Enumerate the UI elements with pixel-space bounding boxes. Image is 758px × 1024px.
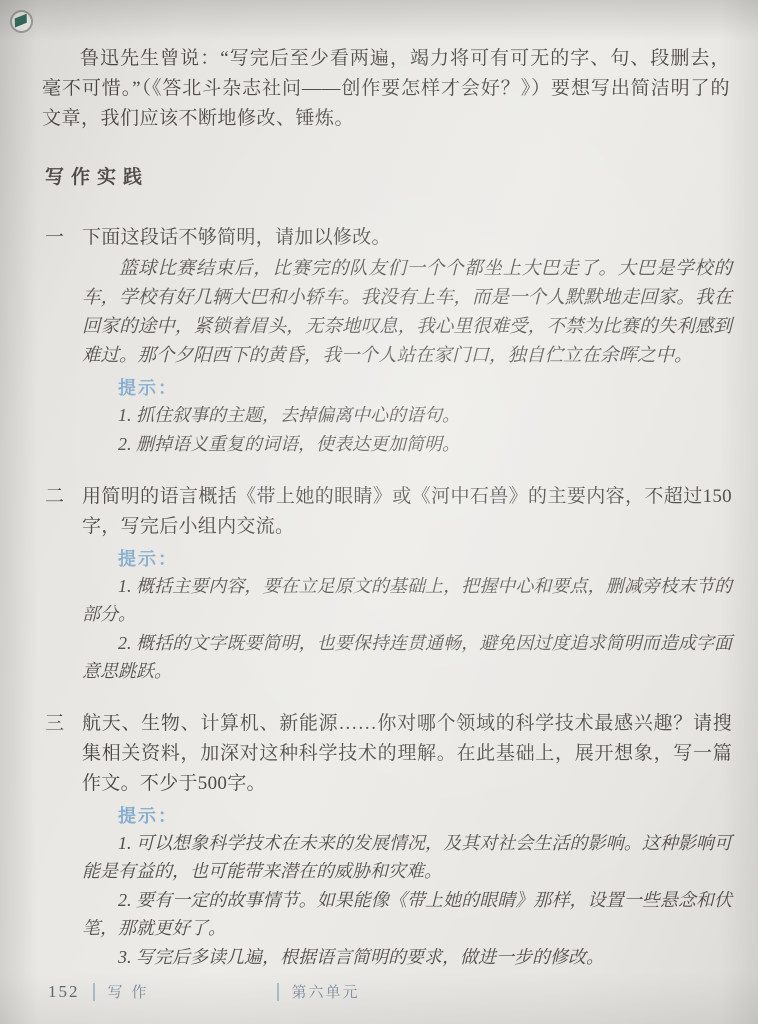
task-item-2: 二 用简明的语言概括《带上她的眼睛》或《河中石兽》的主要内容，不超过150字，写… (45, 482, 732, 685)
hint-label: 提示： (82, 376, 732, 400)
hint-item: 2. 要有一定的故事情节。如果能像《带上她的眼睛》那样，设置一些悬念和伏笔，那就… (82, 886, 732, 942)
task-item-3: 三 航天、生物、计算机、新能源……你对哪个领域的科学技术最感兴趣？请搜集相关资料… (45, 709, 732, 971)
hint-label: 提示： (82, 547, 732, 571)
task-number: 二 (45, 482, 82, 685)
task-body: 航天、生物、计算机、新能源……你对哪个领域的科学技术最感兴趣？请搜集相关资料，加… (82, 709, 732, 971)
footer-divider (93, 983, 95, 1001)
page-number: 152 (48, 982, 80, 1002)
hint-item: 1. 可以想象科学技术在未来的发展情况，及其对社会生活的影响。这种影响可能是有益… (82, 829, 732, 885)
task-passage: 篮球比赛结束后，比赛完的队友们一个个都坐上大巴走了。大巴是学校的车，学校有好几辆… (82, 255, 732, 371)
section-heading: 写作实践 (45, 162, 758, 189)
hint-item: 2. 删掉语义重复的词语，使表达更加简明。 (82, 430, 732, 458)
footer-section-label: 写作 (108, 981, 264, 1002)
task-text: 航天、生物、计算机、新能源……你对哪个领域的科学技术最感兴趣？请搜集相关资料，加… (82, 709, 732, 799)
hint-item: 1. 概括主要内容，要在立足原文的基础上，把握中心和要点，删减旁枝末节的部分。 (82, 572, 732, 628)
task-item-1: 一 下面这段话不够简明，请加以修改。 篮球比赛结束后，比赛完的队友们一个个都坐上… (45, 223, 732, 458)
book-logo-icon (8, 8, 35, 35)
footer-divider (277, 983, 279, 1001)
task-body: 用简明的语言概括《带上她的眼睛》或《河中石兽》的主要内容，不超过150字，写完后… (82, 482, 732, 685)
hint-item: 3. 写完后多读几遍，根据语言简明的要求，做进一步的修改。 (82, 943, 732, 971)
task-body: 下面这段话不够简明，请加以修改。 篮球比赛结束后，比赛完的队友们一个个都坐上大巴… (82, 223, 732, 458)
footer-unit-label: 第六单元 (292, 981, 360, 1002)
task-number: 三 (45, 709, 82, 971)
textbook-page: 鲁迅先生曾说：“写完后至少看两遍，竭力将可有可无的字、句、段删去，毫不可惜。”（… (0, 0, 758, 1024)
book-logo-diamond (15, 14, 27, 28)
hint-item: 1. 抓住叙事的主题，去掉偏离中心的语句。 (82, 401, 732, 429)
intro-paragraph: 鲁迅先生曾说：“写完后至少看两遍，竭力将可有可无的字、句、段删去，毫不可惜。”（… (42, 44, 730, 134)
page-footer: 152 写作 第六单元 (48, 981, 360, 1002)
task-number: 一 (45, 223, 82, 458)
task-text: 下面这段话不够简明，请加以修改。 (82, 223, 732, 253)
task-text: 用简明的语言概括《带上她的眼睛》或《河中石兽》的主要内容，不超过150字，写完后… (82, 482, 732, 542)
hint-label: 提示： (82, 804, 732, 828)
hint-item: 2. 概括的文字既要简明，也要保持连贯通畅，避免因过度追求简明而造成字面意思跳跃… (82, 629, 732, 685)
